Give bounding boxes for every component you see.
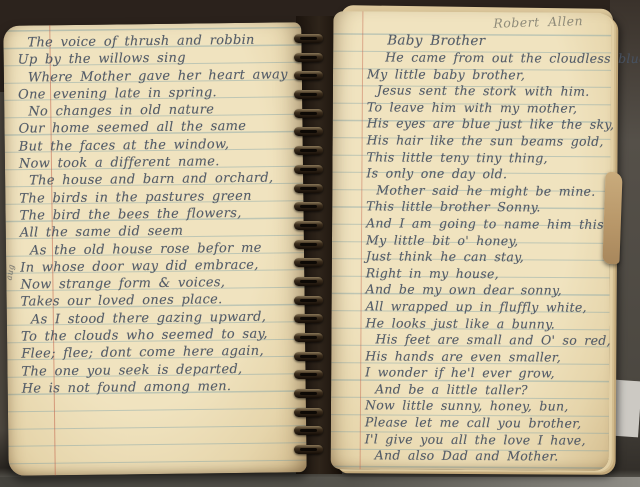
poem-line: His hands are even smaller, — [365, 348, 609, 366]
poem-line: And be a little taller? — [365, 381, 609, 399]
poem-line: I wonder if he'l ever grow, — [365, 365, 609, 383]
poem-line: Jesus sent the stork with him. — [367, 83, 611, 101]
poem-line: His eyes are blue just like the sky, — [367, 116, 611, 134]
binding-ring — [294, 90, 323, 99]
binding-ring — [294, 34, 323, 43]
poem-line: This little teny tiny thing, — [366, 149, 610, 167]
notebook-photo: aug The voice of thrush and robbin Up by… — [0, 0, 640, 487]
binding-ring — [294, 127, 323, 136]
poem-line: Where Mother gave her heart away — [18, 66, 300, 87]
poem-line: And be my own dear sonny, — [366, 282, 610, 300]
right-page: Robert Allen Baby Brother He came from o… — [331, 11, 612, 471]
binding-ring — [294, 277, 323, 286]
binding-ring — [294, 352, 323, 361]
poem-line: Please let me call you brother, — [365, 414, 609, 432]
binding-ring — [294, 408, 323, 417]
poem-line: And also Dad and Mother. — [365, 448, 609, 466]
binding-ring — [294, 296, 323, 305]
poem-line: He looks just like a bunny. — [365, 315, 609, 333]
poem-line: Right in my house, — [366, 265, 610, 283]
poem-line: All wrapped up in fluffly white, — [366, 298, 610, 316]
binding-ring — [294, 258, 323, 267]
left-page-poem: The voice of thrush and robbin Up by the… — [17, 31, 303, 398]
binding-ring — [294, 445, 323, 454]
binding-ring — [294, 146, 323, 155]
table-surface — [0, 477, 640, 487]
right-page-poem: He came from out the cloudless blue, My … — [365, 49, 612, 465]
signature: Robert Allen — [493, 13, 583, 31]
poem-line: My little bit o' honey, — [366, 232, 610, 250]
binding-ring — [294, 165, 323, 174]
poem-line: His hair like the sun beams gold, — [367, 132, 611, 150]
poem-line: The house and barn and orchard, — [19, 170, 301, 191]
binding-ring — [294, 426, 323, 435]
page-title: Baby Brother — [387, 32, 485, 49]
poem-line: This little brother Sonny. — [366, 199, 610, 217]
binding-ring — [294, 184, 323, 193]
poem-line: I'l give you all the love I have, — [365, 431, 609, 449]
left-page: aug The voice of thrush and robbin Up by… — [3, 22, 306, 476]
binding-ring — [294, 221, 323, 230]
binding-ring — [294, 53, 323, 62]
poem-line: As the old house rose befor me — [20, 239, 302, 260]
poem-line: My little baby brother, — [367, 66, 611, 84]
binding-ring — [294, 240, 323, 249]
binding-ring — [294, 71, 323, 80]
binding-ring — [294, 109, 323, 118]
poem-line: His feet are small and O' so red, — [365, 331, 609, 349]
poem-line: Now little sunny, honey, bun, — [365, 398, 609, 416]
binding-ring — [294, 314, 323, 323]
poem-line: And I am going to name him this, — [366, 215, 610, 233]
poem-line: Just think he can stay, — [366, 248, 610, 266]
poem-line: To leave him with my mother, — [367, 99, 611, 117]
right-page-margin-line — [360, 11, 364, 469]
poem-line: Is only one day old. — [366, 166, 610, 184]
binding-ring — [294, 333, 323, 342]
binding-ring — [294, 202, 323, 211]
binding-ring — [294, 389, 323, 398]
poem-line: Flee; flee; dont come here again, — [21, 343, 303, 364]
binding-ring — [294, 370, 323, 379]
poem-line: He is not found among men. — [22, 377, 304, 398]
torn-paper-scrap — [602, 172, 622, 265]
poem-line: He came from out the cloudless blue, — [367, 49, 611, 67]
margin-note: aug — [5, 264, 16, 281]
poem-line: Mother said he might be mine. — [366, 182, 610, 200]
